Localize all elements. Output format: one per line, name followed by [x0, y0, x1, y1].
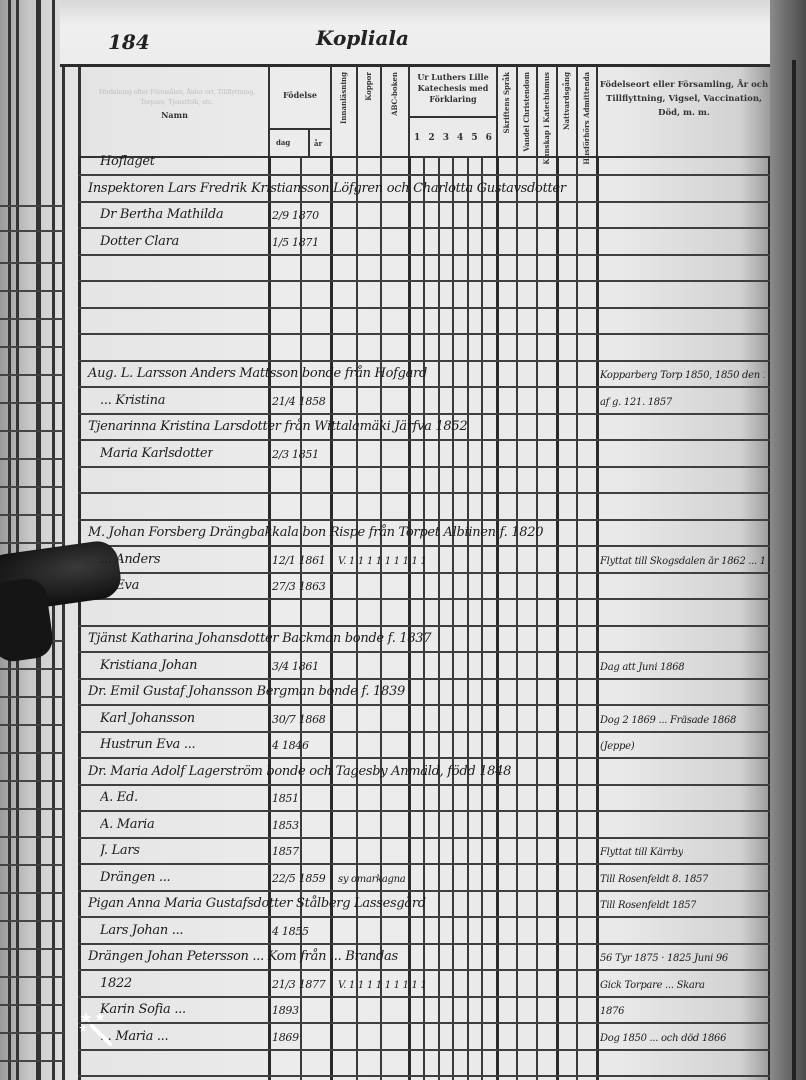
parish-title: Kopliala	[316, 26, 409, 50]
register-grid	[78, 156, 770, 1080]
register-entry: Lars Johan ...	[100, 923, 183, 938]
header-catechism-numbers: 1 2 3 4 5 6	[410, 116, 496, 158]
header-name-column: Fördelning efter Föremålen, Ålder ort, T…	[78, 66, 268, 156]
birth-date: 4 1846	[272, 739, 309, 752]
register-entry: Drängen ...	[100, 870, 170, 885]
catechism-marks: V. 1 1 1 1 1 1 1 1 1	[338, 556, 427, 567]
birth-date: 27/3 1863	[272, 580, 326, 593]
register-entry: A. Maria	[100, 817, 154, 832]
birth-date: 21/4 1858	[272, 395, 326, 408]
register-entry: ... Kristina	[100, 393, 165, 408]
header-vertical-col-2: Koppor	[356, 66, 380, 156]
left-margin-binding	[0, 0, 64, 1080]
register-entry: Maria Karlsdotter	[100, 446, 213, 461]
remark: Dog 2 1869 ... Fräsade 1868	[600, 715, 736, 726]
remark: 56 Tyr 1875 · 1825 Juni 96	[600, 953, 728, 964]
register-entry: Inspektoren Lars Fredrik Kristiansson Lö…	[88, 181, 566, 196]
birth-date: 22/5 1859	[272, 872, 326, 885]
right-margin-binding	[770, 0, 806, 1080]
register-entry: Dr Bertha Mathilda	[100, 207, 223, 222]
register-entry: Tjänst Katharina Johansdotter Backman bo…	[88, 631, 431, 646]
header-remarks-column: Födelseort eller Församling, År och Till…	[596, 66, 770, 156]
remark: Till Rosenfeldt 8. 1857	[600, 874, 708, 885]
birth-date: 1/5 1871	[272, 236, 319, 249]
header-vertical-col-8: Husförhörs Admittenda	[576, 66, 596, 156]
birth-date: 1857	[272, 845, 299, 858]
header-birth-column: Födelse dag år	[268, 66, 330, 156]
register-entry: ... Anders	[100, 552, 160, 567]
header-vertical-col-5: Vandel Christendom	[516, 66, 536, 156]
header-vertical-col-3: ABC-boken	[380, 66, 408, 156]
register-entry: J. Lars	[100, 843, 140, 858]
register-entry: Hustrun Eva ...	[100, 737, 195, 752]
header-vertical-col-7: Nattvardsgång	[556, 66, 576, 156]
catechism-marks: V. 1 1 1 1 1 1 1 1 1	[338, 980, 427, 991]
header-birth-year: år	[308, 130, 322, 158]
birth-date: 2/9 1870	[272, 209, 319, 222]
register-entry: Hoflaget	[100, 154, 155, 169]
header-vertical-col-6: Kunskap i Katechismus	[536, 66, 556, 156]
remark: Flyttat till Skogsdalen år 1862 ... 1864…	[600, 556, 765, 567]
register-entry: Dr. Emil Gustaf Johansson Bergman bonde …	[88, 684, 405, 699]
remark: Dag att Juni 1868	[600, 662, 684, 673]
remark: Gick Torpare ... Skara	[600, 980, 705, 991]
header-catechism-column: Ur Luthers Lille Katechesis med Förklari…	[408, 66, 496, 156]
register-entry: Karl Johansson	[100, 711, 195, 726]
register-entry: Dr. Maria Adolf Lagerström bonde och Tag…	[88, 764, 511, 779]
header-remarks-label: Födelseort eller Församling, År och Till…	[598, 66, 770, 120]
magic-wand-icon[interactable]	[78, 1010, 118, 1050]
birth-date: 12/1 1861	[272, 554, 326, 567]
page-number: 184	[108, 30, 150, 54]
header-birth-label: Födelse	[270, 90, 330, 100]
register-entry: Aug. L. Larsson Anders Mattsson bonde fr…	[88, 366, 427, 381]
birth-date: 1893	[272, 1004, 299, 1017]
remark: Kopparberg Torp 1850, 1850 den 132	[600, 370, 765, 381]
birth-date: 1851	[272, 792, 299, 805]
header-birth-day: dag	[276, 138, 290, 147]
remark: Dog 1850 ... och död 1866	[600, 1033, 726, 1044]
birth-date: 2/3 1851	[272, 448, 319, 461]
register-entry: M. Johan Forsberg Drängbakkala bon Rispe…	[88, 525, 543, 540]
remark: Till Rosenfeldt 1857	[600, 900, 696, 911]
register-entry: A. Ed.	[100, 790, 138, 805]
header-vertical-col-1: Innanläsning	[330, 66, 356, 156]
remark: 1876	[600, 1006, 624, 1017]
register-entry: Tjenarinna Kristina Larsdotter från Witt…	[88, 419, 467, 434]
table-header: Fördelning efter Föremålen, Ålder ort, T…	[78, 66, 770, 158]
register-entry: 1822	[100, 976, 132, 991]
register-entry: Pigan Anna Maria Gustafsdotter Stålberg …	[88, 896, 426, 911]
birth-date: 1869	[272, 1031, 299, 1044]
header-vertical-col-4: Skriftens Språk	[496, 66, 516, 156]
birth-date: 4 1855	[272, 925, 309, 938]
remark: (Jeppe)	[600, 741, 634, 752]
register-entry: ... Eva	[100, 578, 139, 593]
header-name-label: Namn	[81, 110, 268, 120]
header-name-faded-text: Fördelning efter Föremålen, Ålder ort, T…	[97, 88, 257, 108]
register-entry: Dotter Clara	[100, 234, 179, 249]
catechism-marks: sy omarkagna	[338, 874, 405, 885]
register-page: 184 Kopliala Fördelning efter Föremålen,…	[0, 0, 806, 1080]
remark: Flyttat till Kärrby	[600, 847, 683, 858]
remark: af g. 121. 1857	[600, 397, 672, 408]
register-entry: Drängen Johan Petersson ... Kom från ...…	[88, 949, 398, 964]
page-top-band	[60, 0, 780, 67]
register-entry: Kristiana Johan	[100, 658, 197, 673]
birth-date: 21/3 1877	[272, 978, 326, 991]
birth-date: 30/7 1868	[272, 713, 326, 726]
birth-date: 3/4 1861	[272, 660, 319, 673]
header-catechism-label: Ur Luthers Lille Katechesis med Förklari…	[410, 66, 496, 105]
birth-date: 1853	[272, 819, 299, 832]
